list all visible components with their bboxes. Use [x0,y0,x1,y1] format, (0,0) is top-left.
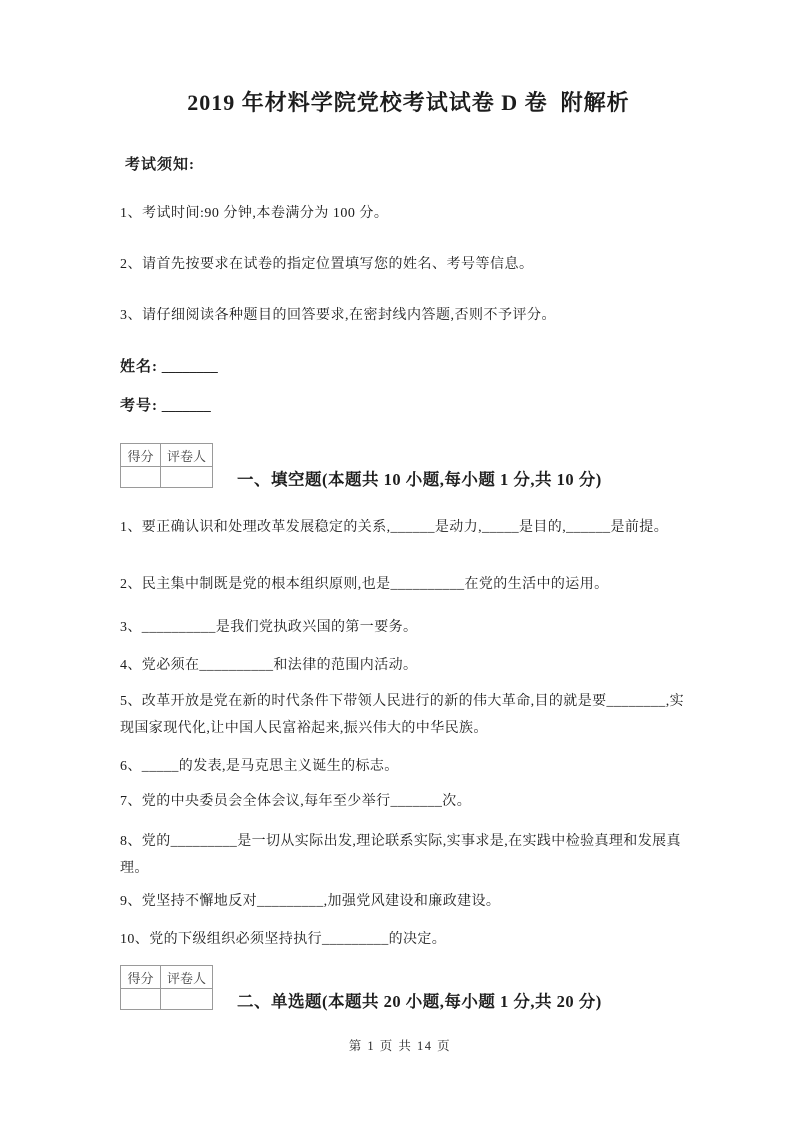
exam-paper-page: 2019 年材料学院党校考试试卷 D 卷 附解析 考试须知: 1、考试时间:90… [0,0,800,1132]
question-10: 10、党的下级组织必须坚持执行_________的决定。 [120,926,697,953]
notice-item-2: 2、请首先按要求在试卷的指定位置填写您的姓名、考号等信息。 [120,253,697,273]
name-label: 姓名: [120,359,158,375]
page-title: 2019 年材料学院党校考试试卷 D 卷 附解析 [120,86,697,117]
section-title-fill-in-blanks: 一、填空题(本题共 10 小题,每小题 1 分,共 10 分) [237,466,602,490]
score-blank-cell [121,467,161,488]
notice-item-1: 1、考试时间:90 分钟,本卷满分为 100 分。 [120,202,697,222]
grader-header-cell: 评卷人 [161,444,213,467]
score-blank-cell [121,989,161,1010]
exam-number-label: 考号: [120,398,158,414]
question-5: 5、改革开放是党在新的时代条件下带领人民进行的新的伟大革命,目的就是要_____… [120,688,697,742]
exam-number-blank: _______ [162,399,211,414]
score-table: 得分 评卷人 [120,965,213,1010]
grader-header-cell: 评卷人 [161,966,213,989]
question-9: 9、党坚持不懈地反对_________,加强党风建设和廉政建设。 [120,888,697,915]
notice-heading: 考试须知: [120,153,697,174]
grader-blank-cell [161,989,213,1010]
question-6: 6、_____的发表,是马克思主义诞生的标志。 [120,753,697,780]
name-blank: ________ [162,360,218,375]
section-title-single-choice: 二、单选题(本题共 20 小题,每小题 1 分,共 20 分) [237,988,602,1012]
question-8: 8、党的_________是一切从实际出发,理论联系实际,实事求是,在实践中检验… [120,828,697,882]
score-header-cell: 得分 [121,444,161,467]
notice-item-3: 3、请仔细阅读各种题目的回答要求,在密封线内答题,否则不予评分。 [120,304,697,324]
score-header-cell: 得分 [121,966,161,989]
name-field-row: 姓名: ________ [120,355,697,376]
question-1: 1、要正确认识和处理改革发展稳定的关系,______是动力,_____是目的,_… [120,514,697,541]
question-4: 4、党必须在__________和法律的范围内活动。 [120,652,697,679]
question-7: 7、党的中央委员会全体会议,每年至少举行_______次。 [120,788,697,815]
score-table: 得分 评卷人 [120,443,213,488]
page-number-footer: 第 1 页 共 14 页 [0,1036,800,1054]
exam-number-field-row: 考号: _______ [120,394,697,415]
question-2: 2、民主集中制既是党的根本组织原则,也是__________在党的生活中的运用。 [120,571,697,598]
grader-blank-cell [161,467,213,488]
score-block-section-1: 得分 评卷人 一、填空题(本题共 10 小题,每小题 1 分,共 10 分) [120,443,697,488]
question-3: 3、__________是我们党执政兴国的第一要务。 [120,614,697,641]
score-block-section-2: 得分 评卷人 二、单选题(本题共 20 小题,每小题 1 分,共 20 分) [120,965,697,1010]
